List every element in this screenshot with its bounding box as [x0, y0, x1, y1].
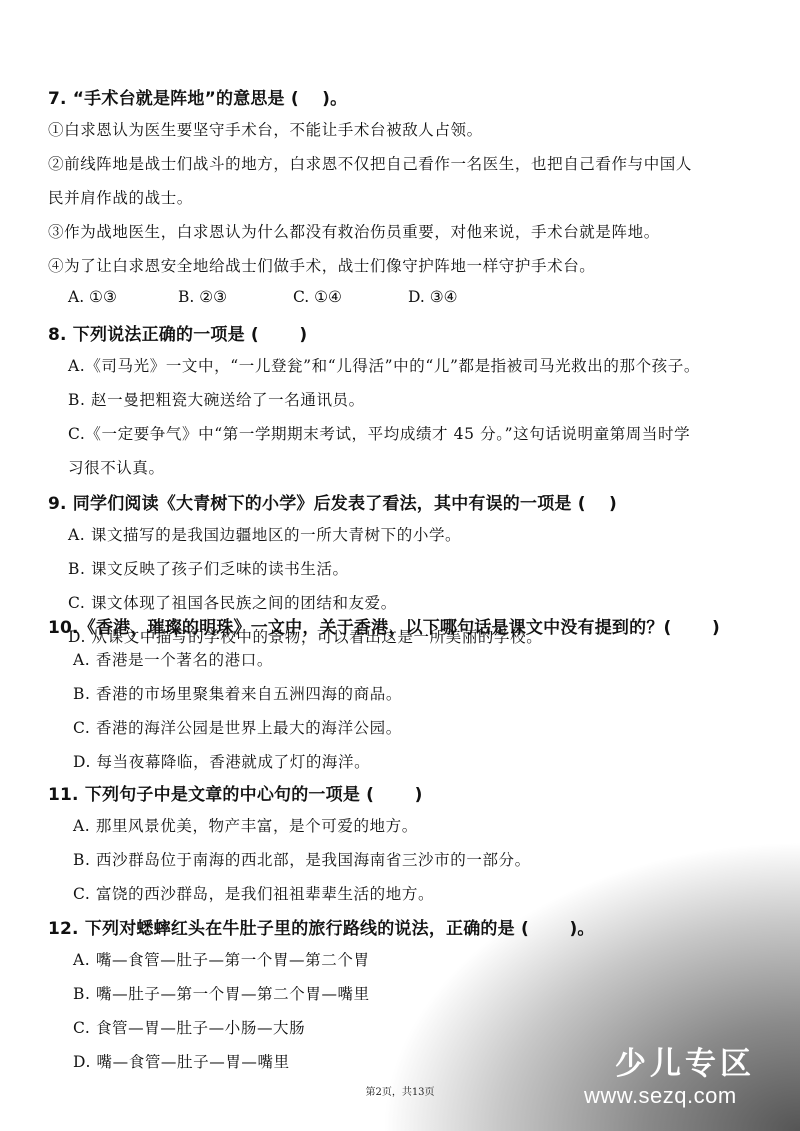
question-8-option-b[interactable]: B. 赵一曼把粗瓷大碗送给了一名通讯员。: [68, 388, 365, 410]
question-10-option-b[interactable]: B. 香港的市场里聚集着来自五洲四海的商品。: [73, 682, 402, 704]
question-10-option-c[interactable]: C. 香港的海洋公园是世界上最大的海洋公园。: [73, 716, 402, 738]
question-12-option-c[interactable]: C. 食管—胃—肚子—小肠—大肠: [73, 1016, 305, 1038]
choice-b[interactable]: B. ②③: [178, 288, 293, 306]
question-11-title: 11. 下列句子中是文章的中心句的一项是 ( ): [48, 780, 423, 805]
question-11-option-c[interactable]: C. 富饶的西沙群岛，是我们祖祖辈辈生活的地方。: [73, 882, 434, 904]
question-8-title: 8. 下列说法正确的一项是 ( ): [48, 320, 307, 345]
question-10-option-a[interactable]: A. 香港是一个著名的港口。: [73, 648, 273, 670]
watermark-brand: 少儿专区: [615, 1038, 755, 1083]
question-9-option-c[interactable]: C. 课文体现了祖国各民族之间的团结和友爱。: [68, 591, 397, 613]
question-12-title: 12. 下列对蟋蟀红头在牛肚子里的旅行路线的说法，正确的是 ( )。: [48, 914, 595, 939]
question-7-choices: A. ①③ B. ②③ C. ①④ D. ③④: [68, 288, 518, 306]
question-7-statement-2-cont: 民并肩作战的战士。: [48, 186, 193, 208]
question-12-option-a[interactable]: A. 嘴—食管—肚子—第一个胃—第二个胃: [73, 948, 370, 970]
question-7-statement-4: ④为了让白求恩安全地给战士们做手术，战士们像守护阵地一样守护手术台。: [48, 254, 595, 276]
question-8-option-c[interactable]: C.《一定要争气》中“第一学期期末考试，平均成绩才 45 分。”这句话说明童第周…: [68, 422, 690, 444]
question-8-option-a[interactable]: A.《司马光》一文中，“一儿登瓮”和“儿得活”中的“儿”都是指被司马光救出的那个…: [68, 354, 700, 376]
question-10-title: 10.《香港，璀璨的明珠》一文中，关于香港，以下哪句话是课文中没有提到的？( ): [48, 613, 720, 638]
question-11-option-b[interactable]: B. 西沙群岛位于南海的西北部，是我国海南省三沙市的一部分。: [73, 848, 531, 870]
question-9-option-b[interactable]: B. 课文反映了孩子们乏味的读书生活。: [68, 557, 349, 579]
question-7-statement-1: ①白求恩认为医生要坚守手术台，不能让手术台被敌人占领。: [48, 118, 483, 140]
question-9-title: 9. 同学们阅读《大青树下的小学》后发表了看法，其中有误的一项是 ( ): [48, 489, 617, 514]
question-10-option-d[interactable]: D. 每当夜幕降临，香港就成了灯的海洋。: [73, 750, 370, 772]
watermark-url: www.sezq.com: [584, 1083, 737, 1109]
choice-d[interactable]: D. ③④: [408, 288, 518, 306]
exam-page: 7. “手术台就是阵地”的意思是 ( )。 ①白求恩认为医生要坚守手术台，不能让…: [0, 0, 800, 1131]
question-7-statement-2: ②前线阵地是战士们战斗的地方，白求恩不仅把自己看作一名医生，也把自己看作与中国人: [48, 152, 692, 174]
question-7-title: 7. “手术台就是阵地”的意思是 ( )。: [48, 84, 347, 109]
choice-a[interactable]: A. ①③: [68, 288, 178, 306]
question-12-option-b[interactable]: B. 嘴—肚子—第一个胃—第二个胃—嘴里: [73, 982, 370, 1004]
question-7-statement-3: ③作为战地医生，白求恩认为什么都没有救治伤员重要，对他来说，手术台就是阵地。: [48, 220, 660, 242]
question-11-option-a[interactable]: A. 那里风景优美，物产丰富，是个可爱的地方。: [73, 814, 418, 836]
question-12-option-d[interactable]: D. 嘴—食管—肚子—胃—嘴里: [73, 1050, 290, 1072]
question-9-option-a[interactable]: A. 课文描写的是我国边疆地区的一所大青树下的小学。: [68, 523, 461, 545]
choice-c[interactable]: C. ①④: [293, 288, 408, 306]
question-8-option-c-cont: 习很不认真。: [68, 456, 165, 478]
